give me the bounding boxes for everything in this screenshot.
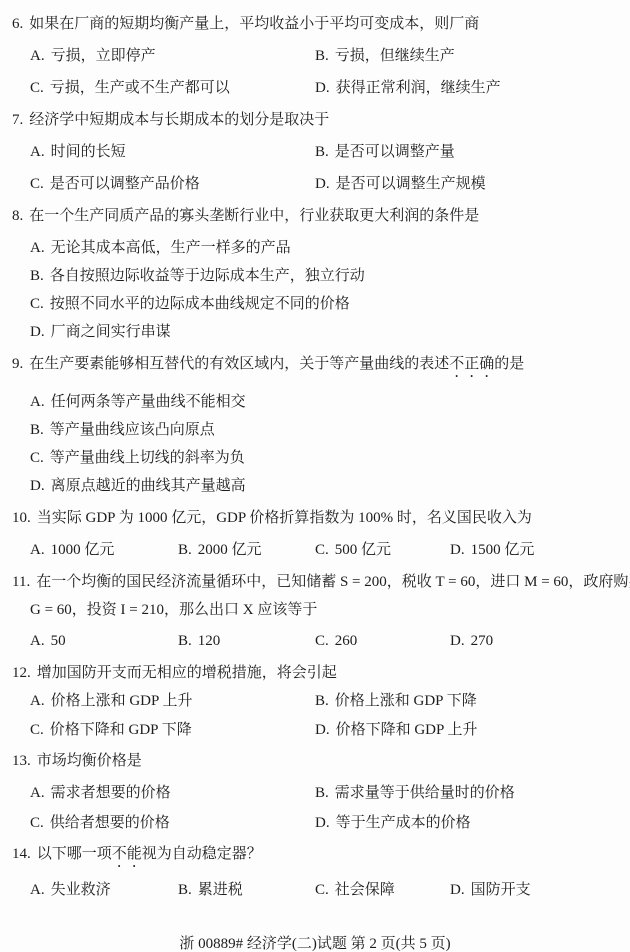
option-text: 无论其成本高低，生产一样多的产品	[51, 240, 291, 256]
option-text: 任何两条等产量曲线不能相交	[51, 394, 246, 410]
option-text: 获得正常利润，继续生产	[336, 80, 501, 96]
option-d: D.离原点越近的曲线其产量越高	[0, 476, 630, 497]
option-label: A.	[30, 144, 45, 160]
exam-page: 6.如果在厂商的短期均衡产量上，平均收益小于平均可变成本，则厂商 A.亏损，立即…	[0, 14, 630, 952]
option-text: 失业救济	[51, 882, 111, 898]
option-b: B.亏损，但继续生产	[315, 46, 455, 67]
option-text: 时间的长短	[51, 144, 126, 160]
option-label: B.	[315, 693, 329, 709]
question-stem: 如果在厂商的短期均衡产量上，平均收益小于平均可变成本，则厂商	[29, 16, 479, 32]
question-text: 14.以下哪一项不能视为自动稳定器？	[0, 844, 630, 871]
option-d: D.是否可以调整生产规模	[315, 174, 486, 195]
option-label: D.	[450, 882, 465, 898]
question-8: 8.在一个生产同质产品的寡头垄断行业中，行业获取更大利润的条件是 A.无论其成本…	[0, 206, 630, 343]
option-c: C.社会保障	[315, 880, 450, 901]
option-label: D.	[450, 542, 465, 558]
option-b: B.累进税	[178, 880, 315, 901]
option-row: C.供给者想要的价格 D.等于生产成本的价格	[0, 813, 630, 834]
question-stem: 经济学中短期成本与长期成本的划分是取决于	[29, 112, 329, 128]
option-text: 等于生产成本的价格	[336, 815, 471, 831]
option-c: C.价格下降和 GDP 下降	[30, 720, 315, 741]
option-label: B.	[315, 48, 329, 64]
option-c: C.供给者想要的价格	[30, 813, 315, 834]
option-text: 1000 亿元	[51, 542, 115, 558]
option-text: 厂商之间实行串谋	[51, 324, 171, 340]
option-text: 等产量曲线上切线的斜率为负	[50, 450, 245, 466]
question-number: 11.	[12, 574, 30, 590]
question-text: 12.增加国防开支而无相应的增税措施，将会引起	[0, 663, 630, 684]
option-b: B.2000 亿元	[178, 540, 315, 561]
option-row: A.50 B.120 C.260 D.270	[0, 631, 630, 652]
option-d: D.等于生产成本的价格	[315, 813, 471, 834]
option-d: D.国防开支	[450, 880, 531, 901]
option-b: B.各自按照边际收益等于边际成本生产，独立行动	[0, 266, 630, 287]
option-d: D.270	[450, 631, 493, 652]
option-row: A.1000 亿元 B.2000 亿元 C.500 亿元 D.1500 亿元	[0, 540, 630, 561]
option-c: C.按照不同水平的边际成本曲线规定不同的价格	[0, 294, 630, 315]
question-12: 12.增加国防开支而无相应的增税措施，将会引起 A.价格上涨和 GDP 上升 B…	[0, 663, 630, 741]
option-text: 离原点越近的曲线其产量越高	[51, 478, 246, 494]
question-number: 10.	[12, 510, 31, 526]
option-text: 需求者想要的价格	[51, 785, 171, 801]
option-c: C.亏损，生产或不生产都可以	[30, 78, 315, 99]
option-text: 累进税	[198, 882, 243, 898]
option-b: B.是否可以调整产量	[315, 142, 455, 163]
question-11: 11.在一个均衡的国民经济流量循环中，已知储蓄 S = 200，税收 T = 6…	[0, 572, 630, 652]
option-d: D.获得正常利润，继续生产	[315, 78, 501, 99]
option-text: 50	[51, 633, 66, 649]
option-text: 260	[335, 633, 358, 649]
option-label: A.	[30, 394, 45, 410]
question-stem-post: 的是	[494, 356, 524, 372]
question-text: 11.在一个均衡的国民经济流量循环中，已知储蓄 S = 200，税收 T = 6…	[0, 572, 630, 593]
option-text: 价格下降和 GDP 上升	[336, 722, 478, 738]
option-label: C.	[30, 450, 44, 466]
option-text: 等产量曲线应该凸向原点	[50, 422, 215, 438]
option-text: 各自按照边际收益等于边际成本生产，独立行动	[50, 268, 365, 284]
option-text: 是否可以调整产品价格	[50, 176, 200, 192]
option-text: 按照不同水平的边际成本曲线规定不同的价格	[50, 296, 350, 312]
option-c: C.500 亿元	[315, 540, 450, 561]
option-a: A.需求者想要的价格	[30, 783, 315, 804]
question-text: 6.如果在厂商的短期均衡产量上，平均收益小于平均可变成本，则厂商	[0, 14, 630, 35]
option-label: C.	[30, 722, 44, 738]
option-c: C.260	[315, 631, 450, 652]
option-text: 1500 亿元	[471, 542, 535, 558]
question-text: 10.当实际 GDP 为 1000 亿元，GDP 价格折算指数为 100% 时，…	[0, 508, 630, 529]
option-a: A.时间的长短	[30, 142, 315, 163]
option-label: B.	[30, 268, 44, 284]
option-label: C.	[315, 882, 329, 898]
option-label: A.	[30, 633, 45, 649]
option-label: B.	[178, 542, 192, 558]
option-text: 是否可以调整产量	[335, 144, 455, 160]
question-stem-pre: 以下哪一项	[37, 846, 112, 862]
option-label: C.	[30, 296, 44, 312]
option-b: B.需求量等于供给量时的价格	[315, 783, 515, 804]
question-9: 9.在生产要素能够相互替代的有效区域内，关于等产量曲线的表述不正确的是 A.任何…	[0, 354, 630, 497]
option-c: C.是否可以调整产品价格	[30, 174, 315, 195]
option-d: D.价格下降和 GDP 上升	[315, 720, 478, 741]
option-row: C.是否可以调整产品价格 D.是否可以调整生产规模	[0, 174, 630, 195]
option-text: 270	[471, 633, 494, 649]
option-text: 120	[198, 633, 221, 649]
option-text: 亏损，立即停产	[51, 48, 156, 64]
option-row: A.价格上涨和 GDP 上升 B.价格上涨和 GDP 下降	[0, 691, 630, 712]
option-text: 亏损，生产或不生产都可以	[50, 80, 230, 96]
question-stem: 市场均衡价格是	[37, 753, 142, 769]
option-label: D.	[450, 633, 465, 649]
option-text: 国防开支	[471, 882, 531, 898]
option-row: A.亏损，立即停产 B.亏损，但继续生产	[0, 46, 630, 67]
option-text: 价格上涨和 GDP 下降	[335, 693, 477, 709]
option-label: C.	[30, 815, 44, 831]
option-a: A.无论其成本高低，生产一样多的产品	[0, 238, 630, 259]
question-number: 9.	[12, 356, 23, 372]
question-stem: 在一个生产同质产品的寡头垄断行业中，行业获取更大利润的条件是	[29, 208, 479, 224]
option-label: D.	[315, 80, 330, 96]
option-b: B.价格上涨和 GDP 下降	[315, 691, 477, 712]
option-a: A.1000 亿元	[30, 540, 178, 561]
option-label: C.	[30, 80, 44, 96]
option-label: A.	[30, 542, 45, 558]
option-label: A.	[30, 240, 45, 256]
option-d: D.1500 亿元	[450, 540, 534, 561]
question-text: 9.在生产要素能够相互替代的有效区域内，关于等产量曲线的表述不正确的是	[0, 354, 630, 381]
option-row: C.亏损，生产或不生产都可以 D.获得正常利润，继续生产	[0, 78, 630, 99]
question-stem-emphasized: 不能	[112, 846, 142, 862]
option-label: A.	[30, 693, 45, 709]
option-b: B.120	[178, 631, 315, 652]
option-text: 亏损，但继续生产	[335, 48, 455, 64]
option-a: A.任何两条等产量曲线不能相交	[0, 392, 630, 413]
option-label: D.	[315, 176, 330, 192]
question-10: 10.当实际 GDP 为 1000 亿元，GDP 价格折算指数为 100% 时，…	[0, 508, 630, 561]
option-text: 供给者想要的价格	[50, 815, 170, 831]
question-number: 6.	[12, 16, 23, 32]
question-text-continued: G = 60，投资 I = 210，那么出口 X 应该等于	[0, 600, 630, 621]
question-number: 7.	[12, 112, 23, 128]
question-text: 13.市场均衡价格是	[0, 751, 630, 772]
option-label: D.	[30, 324, 45, 340]
question-number: 12.	[12, 665, 31, 681]
option-c: C.等产量曲线上切线的斜率为负	[0, 448, 630, 469]
question-text: 8.在一个生产同质产品的寡头垄断行业中，行业获取更大利润的条件是	[0, 206, 630, 227]
question-stem: 在一个均衡的国民经济流量循环中，已知储蓄 S = 200，税收 T = 60，进…	[36, 574, 630, 590]
option-b: B.等产量曲线应该凸向原点	[0, 420, 630, 441]
question-stem-emphasized: 不正确	[449, 356, 494, 372]
question-text: 7.经济学中短期成本与长期成本的划分是取决于	[0, 110, 630, 131]
option-text: 500 亿元	[335, 542, 391, 558]
option-a: A.失业救济	[30, 880, 178, 901]
question-number: 14.	[12, 846, 31, 862]
option-row: A.需求者想要的价格 B.需求量等于供给量时的价格	[0, 783, 630, 804]
option-row: A.失业救济 B.累进税 C.社会保障 D.国防开支	[0, 880, 630, 901]
option-label: B.	[315, 785, 329, 801]
question-number: 13.	[12, 753, 31, 769]
option-label: B.	[30, 422, 44, 438]
option-label: A.	[30, 882, 45, 898]
question-number: 8.	[12, 208, 23, 224]
option-text: 是否可以调整生产规模	[336, 176, 486, 192]
question-stem-pre: 在生产要素能够相互替代的有效区域内，关于等产量曲线的表述	[29, 356, 449, 372]
option-d: D.厂商之间实行串谋	[0, 322, 630, 343]
option-label: B.	[315, 144, 329, 160]
question-stem-post: 视为自动稳定器？	[142, 846, 262, 862]
question-6: 6.如果在厂商的短期均衡产量上，平均收益小于平均可变成本，则厂商 A.亏损，立即…	[0, 14, 630, 99]
option-label: A.	[30, 785, 45, 801]
option-text: 价格下降和 GDP 下降	[50, 722, 192, 738]
option-text: 价格上涨和 GDP 上升	[51, 693, 193, 709]
question-7: 7.经济学中短期成本与长期成本的划分是取决于 A.时间的长短 B.是否可以调整产…	[0, 110, 630, 195]
option-a: A.50	[30, 631, 178, 652]
option-a: A.价格上涨和 GDP 上升	[30, 691, 315, 712]
option-row: A.时间的长短 B.是否可以调整产量	[0, 142, 630, 163]
option-label: B.	[178, 633, 192, 649]
option-label: D.	[315, 722, 330, 738]
question-13: 13.市场均衡价格是 A.需求者想要的价格 B.需求量等于供给量时的价格 C.供…	[0, 751, 630, 834]
option-label: C.	[30, 176, 44, 192]
option-text: 需求量等于供给量时的价格	[335, 785, 515, 801]
option-label: C.	[315, 633, 329, 649]
option-label: D.	[315, 815, 330, 831]
question-stem: 当实际 GDP 为 1000 亿元，GDP 价格折算指数为 100% 时，名义国…	[37, 510, 532, 526]
option-label: B.	[178, 882, 192, 898]
page-footer: 浙 00889# 经济学(二)试题 第 2 页(共 5 页)	[0, 934, 630, 952]
option-label: C.	[315, 542, 329, 558]
option-label: D.	[30, 478, 45, 494]
option-row: C.价格下降和 GDP 下降 D.价格下降和 GDP 上升	[0, 720, 630, 741]
question-14: 14.以下哪一项不能视为自动稳定器？ A.失业救济 B.累进税 C.社会保障 D…	[0, 844, 630, 901]
option-text: 社会保障	[335, 882, 395, 898]
option-a: A.亏损，立即停产	[30, 46, 315, 67]
option-text: 2000 亿元	[198, 542, 262, 558]
question-stem: 增加国防开支而无相应的增税措施，将会引起	[37, 665, 337, 681]
option-label: A.	[30, 48, 45, 64]
